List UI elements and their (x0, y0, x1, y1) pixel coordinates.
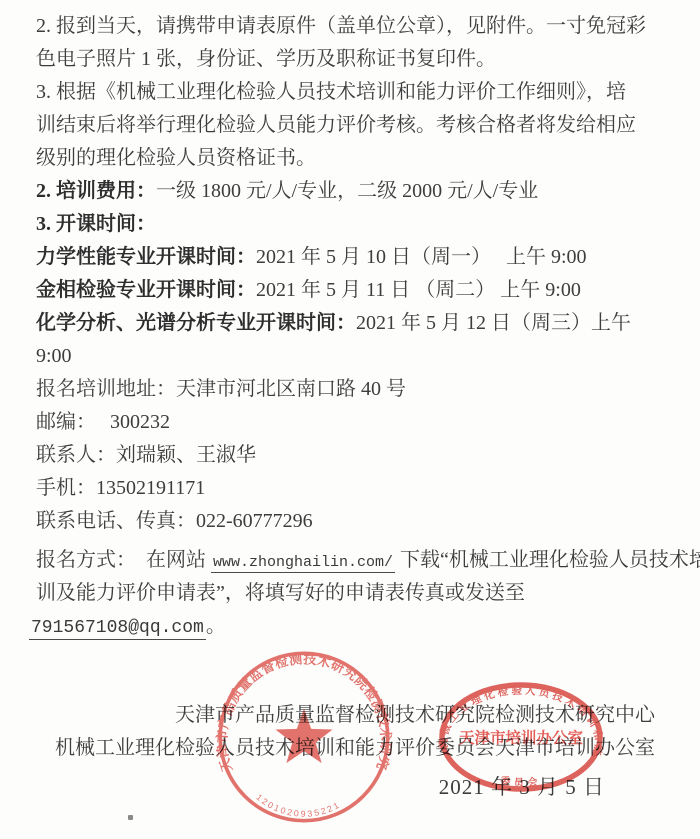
postal-code-value: 300232 (110, 411, 170, 433)
course-mechanics-label: 力学性能专业开课时间： (36, 246, 256, 268)
course-metallography-label: 金相检验专业开课时间： (36, 279, 256, 301)
notice-item2-line1: 2. 报到当天，请携带申请表原件（盖单位公章），见附件。一寸免冠彩 (36, 10, 676, 43)
scan-artifact-speck (128, 815, 133, 820)
website-url: www.zhonghailin.com/ (211, 554, 395, 573)
email-address: 791567108@qq.com (29, 618, 206, 640)
course-chemistry-continuation: 9:00 (36, 340, 676, 373)
postal-code-label: 邮编： (36, 411, 96, 433)
fee-line: 2. 培训费用：一级 1800 元/人/专业，二级 2000 元/人/专业 (36, 175, 676, 208)
notice-item3-line2: 训结束后将举行理化检验人员能力评价考核。考核合格者将发给相应 (36, 109, 676, 142)
email-line: 791567108@qq.com。 (29, 610, 676, 643)
email-period: 。 (206, 615, 226, 637)
schedule-heading: 3. 开课时间： (36, 208, 676, 241)
course-metallography-value: 2021 年 5 月 11 日 （周二） 上午 9:00 (256, 279, 581, 301)
registration-method-prefix: 报名方式： 在网站 (36, 549, 211, 571)
notice-item2-line2: 色电子照片 1 张，身份证、学历及职称证书复印件。 (36, 43, 676, 76)
course-metallography-line: 金相检验专业开课时间：2021 年 5 月 11 日 （周二） 上午 9:00 (36, 274, 676, 307)
schedule-heading-label: 3. 开课时间： (36, 213, 156, 235)
document-body: 2. 报到当天，请携带申请表原件（盖单位公章），见附件。一寸免冠彩 色电子照片 … (0, 0, 700, 643)
course-chemistry-line: 化学分析、光谱分析专业开课时间：2021 年 5 月 12 日（周三）上午 (36, 307, 676, 340)
fee-value: 一级 1800 元/人/专业，二级 2000 元/人/专业 (156, 180, 538, 202)
registration-address-line: 报名培训地址：天津市河北区南口路 40 号 (36, 373, 676, 406)
course-chemistry-value: 2021 年 5 月 12 日（周三）上午 (356, 312, 631, 334)
notice-item3-line1: 3. 根据《机械工业理化检验人员技术培训和能力评价工作细则》，培 (36, 76, 676, 109)
postal-code-line: 邮编：300232 (36, 406, 676, 439)
mobile-phone-line: 手机：13502191171 (36, 472, 676, 505)
registration-method-line1: 报名方式： 在网站 www.zhonghailin.com/ 下载“机械工业理化… (36, 544, 676, 577)
course-mechanics-value: 2021 年 5 月 10 日（周一） 上午 9:00 (256, 246, 587, 268)
fee-label: 2. 培训费用： (36, 180, 156, 202)
issuing-org-line1: 天津市产品质量监督检测技术研究院检测技术研究中心 (0, 699, 655, 732)
notice-item3-line3: 级别的理化检验人员资格证书。 (36, 142, 676, 175)
signature-block: 天津市产品质量监督检测技术研究院检测技术研究中心 机械工业理化检验人员技术培训和… (0, 699, 700, 804)
course-mechanics-line: 力学性能专业开课时间：2021 年 5 月 10 日（周一） 上午 9:00 (36, 241, 676, 274)
registration-method-suffix: 下载“机械工业理化检验人员技术培 (395, 549, 700, 571)
course-chemistry-label: 化学分析、光谱分析专业开课时间： (36, 312, 356, 334)
issue-date: 2021 年 3 月 5 日 (0, 771, 605, 804)
contact-persons-line: 联系人：刘瑞颖、王淑华 (36, 439, 676, 472)
scanned-document-page: 2. 报到当天，请携带申请表原件（盖单位公章），见附件。一寸免冠彩 色电子照片 … (0, 0, 700, 839)
issuing-org-line2: 机械工业理化检验人员技术培训和能力评价委员会天津市培训办公室 (0, 732, 655, 765)
registration-method-line2: 训及能力评价申请表”，将填写好的申请表传真或发送至 (36, 577, 676, 610)
phone-fax-line: 联系电话、传真：022-60777296 (36, 505, 676, 538)
